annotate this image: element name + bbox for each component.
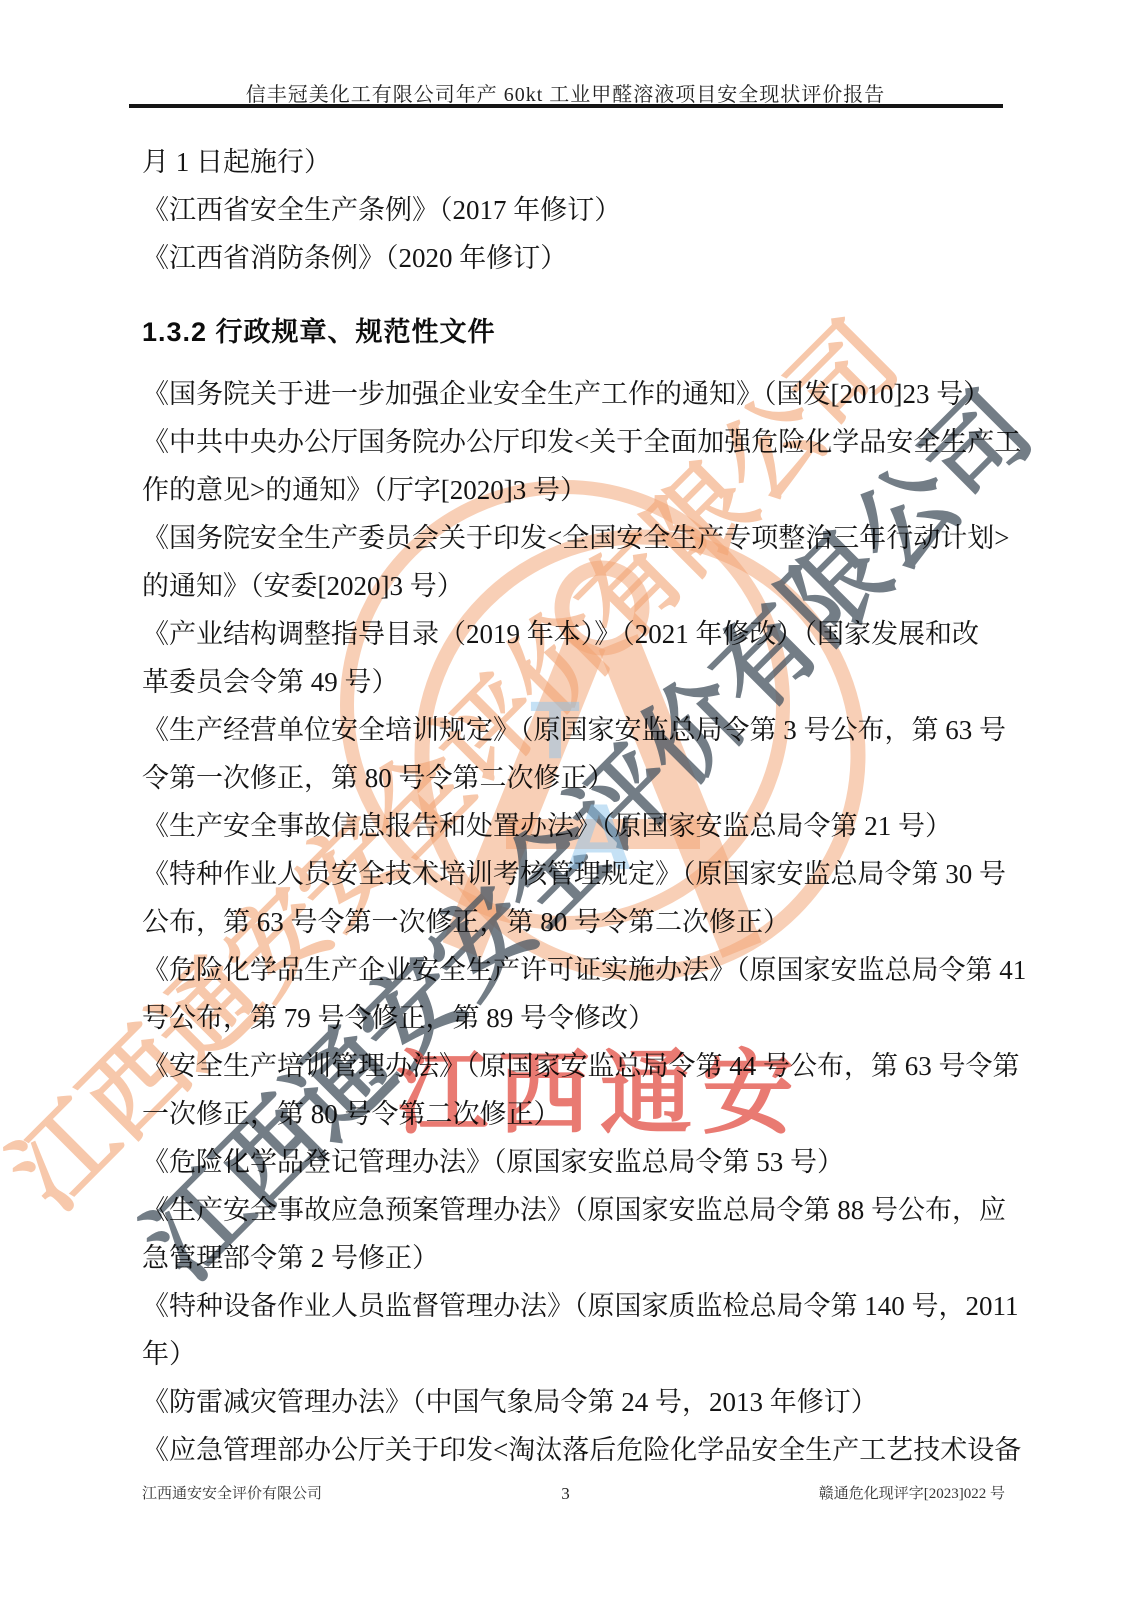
text-line: 令第一次修正，第 80 号令第二次修正） [142, 762, 1012, 794]
text-line: 革委员会令第 49 号） [142, 666, 1012, 698]
text-line: 《中共中央办公厅国务院办公厅印发<关于全面加强危险化学品安全生产工 [142, 426, 1012, 458]
text-line: 《生产安全事故应急预案管理办法》（原国家安监总局令第 88 号公布，应 [142, 1194, 1012, 1226]
text-line: 急管理部令第 2 号修正） [142, 1242, 1012, 1274]
text-line: 《产业结构调整指导目录（2019 年本）》（2021 年修改）（国家发展和改 [142, 618, 1012, 650]
text-line: 《危险化学品生产企业安全生产许可证实施办法》（原国家安监总局令第 41 [142, 954, 1012, 986]
header-rule [129, 104, 1003, 108]
text-line: 《国务院安全生产委员会关于印发<全国安全生产专项整治三年行动计划> [142, 522, 1012, 554]
text-line: 《江西省消防条例》（2020 年修订） [142, 242, 1012, 274]
text-line: 《应急管理部办公厅关于印发<淘汰落后危险化学品安全生产工艺技术设备 [142, 1434, 1012, 1466]
text-line: 年） [142, 1338, 1012, 1370]
text-line: 的通知》（安委[2020]3 号） [142, 570, 1012, 602]
text-line: 《防雷减灾管理办法》（中国气象局令第 24 号，2013 年修订） [142, 1386, 1012, 1418]
text-line: 作的意见>的通知》（厅字[2020]3 号） [142, 474, 1012, 506]
text-line: 《国务院关于进一步加强企业安全生产工作的通知》（国发[2010]23 号） [142, 378, 1012, 410]
text-line: 《江西省安全生产条例》（2017 年修订） [142, 194, 1012, 226]
text-line: 一次修正，第 80 号令第二次修正） [142, 1098, 1012, 1130]
text-line: 《生产安全事故信息报告和处置办法》（原国家安监总局令第 21 号） [142, 810, 1012, 842]
text-line: 《生产经营单位安全培训规定》（原国家安监总局令第 3 号公布，第 63 号 [142, 714, 1012, 746]
text-line: 《安全生产培训管理办法》（原国家安监总局令第 44 号公布，第 63 号令第 [142, 1050, 1012, 1082]
text-line: 《危险化学品登记管理办法》（原国家安监总局令第 53 号） [142, 1146, 1012, 1178]
section-heading: 1.3.2 行政规章、规范性文件 [142, 316, 1012, 348]
text-line: 号公布，第 79 号令修正，第 89 号令修改） [142, 1002, 1012, 1034]
text-line: 公布，第 63 号令第一次修正，第 80 号令第二次修正） [142, 906, 1012, 938]
text-line: 《特种作业人员安全技术培训考核管理规定》（原国家安监总局令第 30 号 [142, 858, 1012, 890]
text-line: 月 1 日起施行） [142, 146, 1012, 178]
text-line: 《特种设备作业人员监督管理办法》（原国家质监检总局令第 140 号，2011 [142, 1290, 1012, 1322]
page-header-title: 信丰冠美化工有限公司年产 60kt 工业甲醛溶液项目安全现状评价报告 [128, 78, 1003, 107]
report-page: 信丰冠美化工有限公司年产 60kt 工业甲醛溶液项目安全现状评价报告 月 1 日… [0, 0, 1131, 1600]
footer-doc-number: 赣通危化现评字[2023]022 号 [819, 1482, 1005, 1503]
